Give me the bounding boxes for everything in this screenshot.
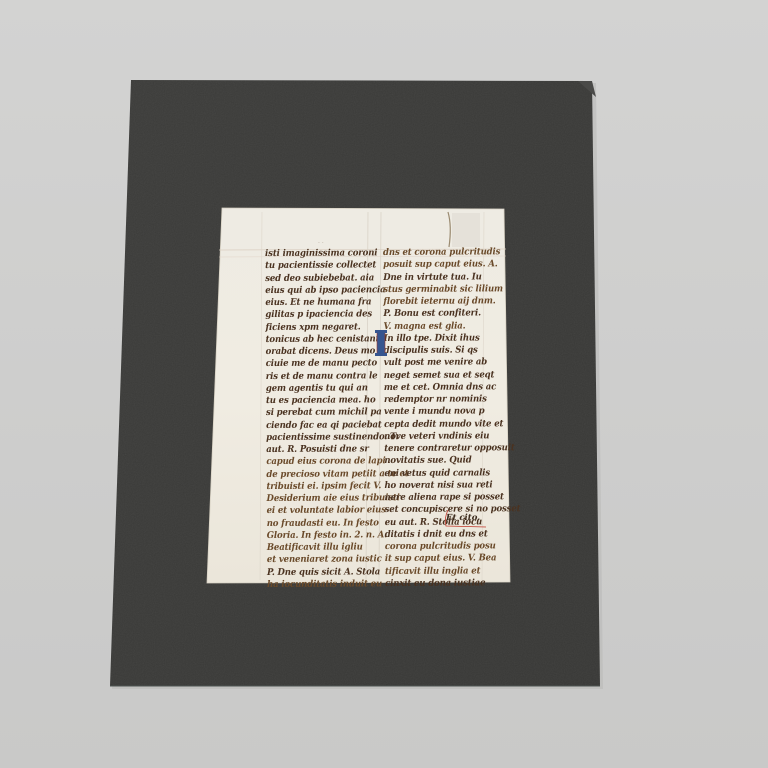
photo-scene: · · isti imaginissima coroni tu pacienti… (0, 0, 768, 768)
text-line: eni vetus quid carnalis (384, 467, 520, 480)
text-line: tificavit illu inglia et (385, 565, 521, 578)
text-line: nove veteri vndinis eiu (384, 430, 520, 443)
text-line: redemptor nr nominis (384, 393, 520, 406)
text-line: tenere contraretur opposuit (384, 442, 520, 455)
blue-initial-icon (374, 330, 388, 358)
text-line-rubric: V. magna est glia. (383, 320, 519, 333)
text-line: posuit sup caput eius. A. (383, 258, 519, 271)
text-line: Dne in virtute tua. Iu (383, 271, 519, 284)
text-line: ho noverat nisi sua reti (384, 479, 520, 492)
text-line: cinxit eu dona iustiae (385, 577, 521, 590)
text-line: vult post me venire ab (384, 356, 520, 369)
text-line-rubric: P. Bonu est confiteri. (383, 307, 519, 320)
text-line: florebit ieternu aij dnm. (383, 295, 519, 308)
text-line: novitatis sue. Quid (384, 454, 520, 467)
right-text-column: dns et corona pulcritudis posuit sup cap… (383, 246, 521, 590)
text-line: stus germinabit sic lilium (383, 283, 519, 296)
text-line: vente i mundu nova p (384, 405, 520, 418)
explicit-text: Et cito. (446, 513, 480, 523)
text-line-rubric: it sup caput eius. V. Bea (385, 552, 521, 565)
text-line: cepta dedit mundo vite et (384, 418, 520, 431)
text-line: neget semet sua et seqt (384, 369, 520, 382)
svg-text:· ·: · · (318, 240, 324, 247)
text-line-initial: In illo tpe. Dixit ihus (384, 332, 520, 345)
text-line: discipulis suis. Si qs (384, 344, 520, 357)
text-line: nere aliena rape si posset (384, 491, 520, 504)
text-line: dns et corona pulcritudis (383, 246, 519, 259)
text-line: corona pulcritudis posu (385, 540, 521, 553)
manuscript-leaf: · · isti imaginissima coroni tu pacienti… (0, 0, 768, 768)
text-line: me et cet. Omnia dns ac (384, 381, 520, 394)
